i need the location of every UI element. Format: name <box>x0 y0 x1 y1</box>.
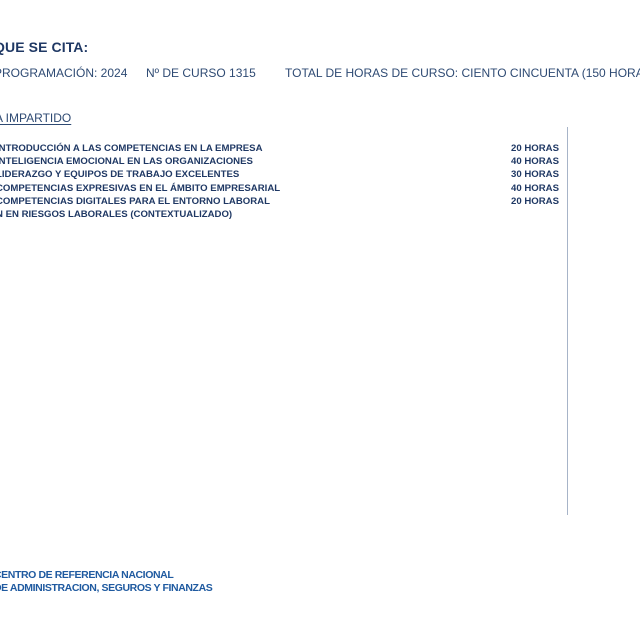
course-row: INTRODUCCIÓN A LAS COMPETENCIAS EN LA EM… <box>0 143 560 156</box>
course-number: Nº DE CURSO 1315 <box>146 66 256 80</box>
section-title: A IMPARTIDO <box>0 111 71 125</box>
vertical-divider <box>567 127 568 515</box>
course-name: INTELIGENCIA EMOCIONAL EN LAS ORGANIZACI… <box>0 156 253 167</box>
course-row: N EN RIESGOS LABORALES (CONTEXTUALIZADO) <box>0 209 560 222</box>
course-name: COMPETENCIAS DIGITALES PARA EL ENTORNO L… <box>0 196 270 207</box>
course-name: INTRODUCCIÓN A LAS COMPETENCIAS EN LA EM… <box>0 143 263 154</box>
course-list: INTRODUCCIÓN A LAS COMPETENCIAS EN LA EM… <box>0 143 560 222</box>
programacion-year: PROGRAMACIÓN: 2024 <box>0 66 127 80</box>
course-name: N EN RIESGOS LABORALES (CONTEXTUALIZADO) <box>0 209 232 220</box>
footer-line-2: DE ADMINISTRACION, SEGUROS Y FINANZAS <box>0 582 212 595</box>
course-row: LIDERAZGO Y EQUIPOS DE TRABAJO EXCELENTE… <box>0 169 560 182</box>
course-row: COMPETENCIAS EXPRESIVAS EN EL ÁMBITO EMP… <box>0 183 560 196</box>
course-hours: 20 HORAS <box>511 143 559 154</box>
total-course-hours: TOTAL DE HORAS DE CURSO: CIENTO CINCUENT… <box>285 66 640 80</box>
course-hours: 30 HORAS <box>511 169 559 180</box>
certificate-heading: QUE SE CITA: <box>0 39 88 55</box>
course-name: COMPETENCIAS EXPRESIVAS EN EL ÁMBITO EMP… <box>0 183 280 194</box>
footer-line-1: CENTRO DE REFERENCIA NACIONAL <box>0 569 212 582</box>
course-hours: 40 HORAS <box>511 156 559 167</box>
course-hours: 20 HORAS <box>511 196 559 207</box>
course-hours: 40 HORAS <box>511 183 559 194</box>
course-row: INTELIGENCIA EMOCIONAL EN LAS ORGANIZACI… <box>0 156 560 169</box>
institution-footer: CENTRO DE REFERENCIA NACIONAL DE ADMINIS… <box>0 569 212 594</box>
course-name: LIDERAZGO Y EQUIPOS DE TRABAJO EXCELENTE… <box>0 169 239 180</box>
course-row: COMPETENCIAS DIGITALES PARA EL ENTORNO L… <box>0 196 560 209</box>
